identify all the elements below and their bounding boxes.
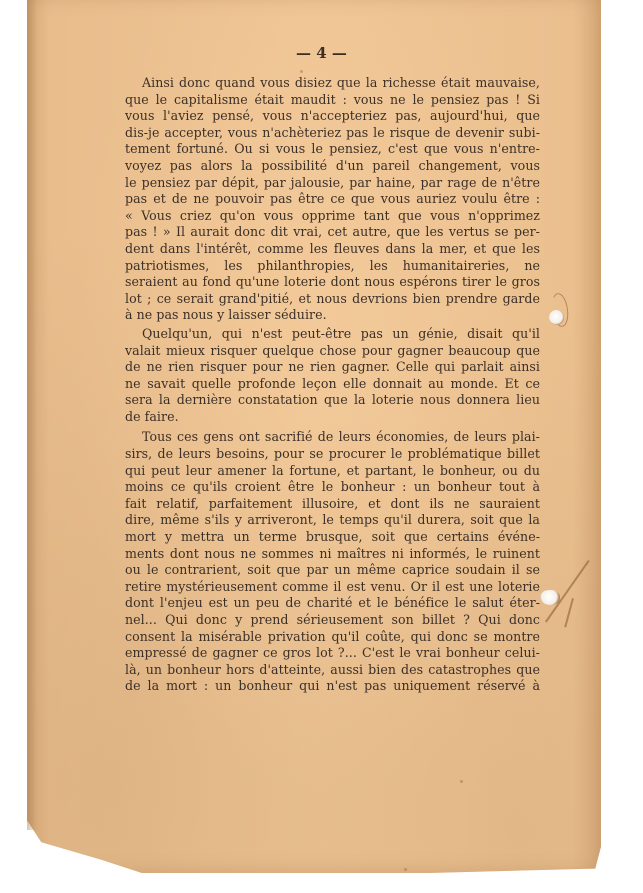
text-line: pas ! » Il aurait donc dit vrai, cet aut… [125, 224, 540, 241]
text-line: de ne rien risquer pour ne rien gagner. … [125, 359, 540, 376]
text-line: valait mieux risquer quelque chose pour … [125, 343, 540, 360]
text-line: mort y mettra un terme brusque, soit que… [125, 529, 540, 546]
body-text: Ainsi donc quand vous disiez que la rich… [125, 75, 540, 695]
text-line: empressé de gagner ce gros lot ?... C'es… [125, 645, 540, 662]
text-line: à ne pas nous y laisser séduire. [125, 307, 540, 324]
text-line: fait relatif, parfaitement illusoire, et… [125, 496, 540, 513]
text-line: dont l'enjeu est un peu de charité et le… [125, 595, 540, 612]
text-line: Ainsi donc quand vous disiez que la rich… [125, 75, 540, 92]
text-line: le pensiez par dépit, par jalousie, par … [125, 175, 540, 192]
text-line: ne savait quelle profonde leçon elle don… [125, 376, 540, 393]
paper-fleck [300, 70, 303, 73]
text-line: pas et de ne pouvoir pas être ce que vou… [125, 191, 540, 208]
text-line: lot ; ce serait grand'pitié, et nous dev… [125, 291, 540, 308]
text-line: vous l'aviez pensé, vous n'accepteriez p… [125, 108, 540, 125]
text-line: sera la dernière constatation que la lot… [125, 392, 540, 409]
text-line: consent la misérable privation qu'il coû… [125, 629, 540, 646]
paragraph-3: Tous ces gens ont sacrifié de leurs écon… [125, 429, 540, 695]
text-line: Quelqu'un, qui n'est peut-être pas un gé… [125, 326, 540, 343]
text-line: ments dont nous ne sommes ni maîtres ni … [125, 546, 540, 563]
page-number: — 4 — [0, 44, 643, 62]
text-line: retire mystérieusement comme il est venu… [125, 579, 540, 596]
text-line: de faire. [125, 409, 540, 426]
paragraph-2: Quelqu'un, qui n'est peut-être pas un gé… [125, 326, 540, 426]
text-line: dis-je accepter, vous n'achèteriez pas l… [125, 125, 540, 142]
text-line: moins ce qu'ils croient être le bonheur … [125, 479, 540, 496]
text-line: dire, même s'ils y arriveront, le temps … [125, 512, 540, 529]
text-line: que le capitalisme était maudit : vous n… [125, 92, 540, 109]
paper-binding-edge [27, 0, 37, 830]
text-line: ou le contrarient, soit que par un même … [125, 562, 540, 579]
paper-fleck [460, 780, 463, 783]
text-line: voyez pas alors la possibilité d'un pare… [125, 158, 540, 175]
text-line: là, un bonheur hors d'atteinte, aussi bi… [125, 662, 540, 679]
text-line: qui peut leur amener la fortune, et part… [125, 463, 540, 480]
text-line: seraient au fond qu'une loterie dont nou… [125, 274, 540, 291]
text-line: « Vous criez qu'on vous opprime tant que… [125, 208, 540, 225]
paragraph-1: Ainsi donc quand vous disiez que la rich… [125, 75, 540, 324]
text-line: nel... Qui donc y prend sérieusement son… [125, 612, 540, 629]
text-line: de la mort : un bonheur qui n'est pas un… [125, 678, 540, 695]
text-line: sirs, de leurs besoins, pour se procurer… [125, 446, 540, 463]
text-line: patriotismes, les philanthropies, les hu… [125, 258, 540, 275]
paper-fleck [404, 868, 407, 871]
text-line: dent dans l'intérêt, comme les fleuves d… [125, 241, 540, 258]
text-line: Tous ces gens ont sacrifié de leurs écon… [125, 429, 540, 446]
paper-hole [549, 310, 564, 325]
text-line: tement fortuné. Ou si vous le pensiez, c… [125, 141, 540, 158]
